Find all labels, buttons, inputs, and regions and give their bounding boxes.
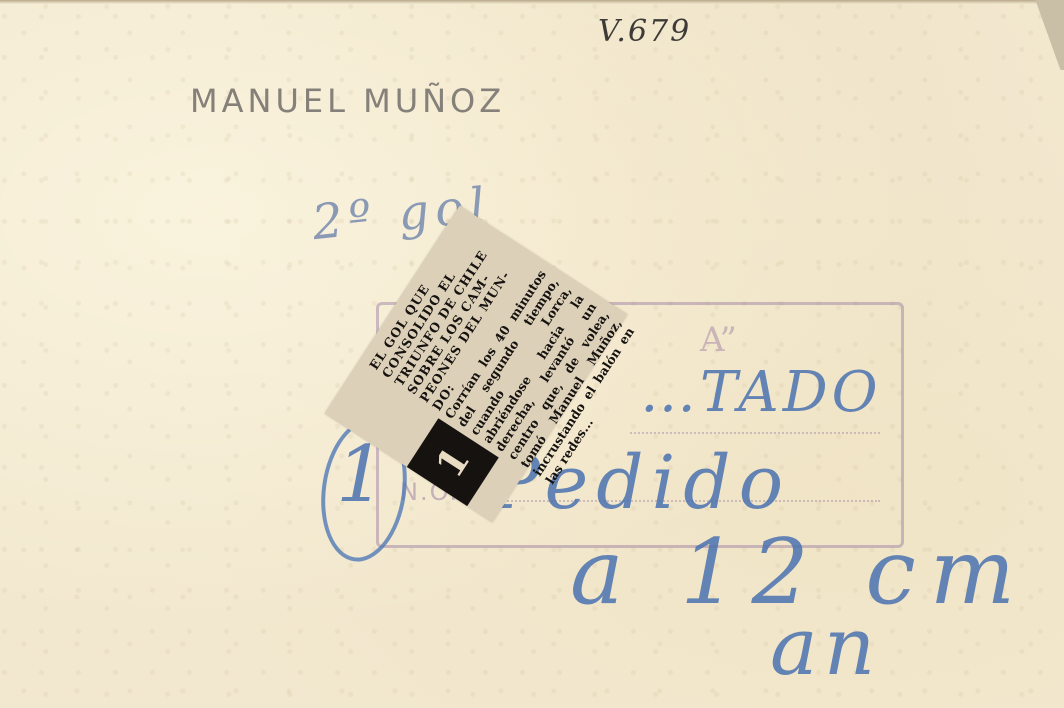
stamp-label: A” — [700, 320, 737, 360]
ink-note-4: an — [770, 600, 881, 693]
pencil-name-note: MANUEL MUÑOZ — [190, 82, 505, 120]
paper-edge — [0, 0, 1064, 4]
catalog-number: V.679 — [598, 14, 691, 49]
ink-note-1: …TADO — [640, 360, 882, 425]
stamp-dotted-line — [630, 432, 880, 434]
